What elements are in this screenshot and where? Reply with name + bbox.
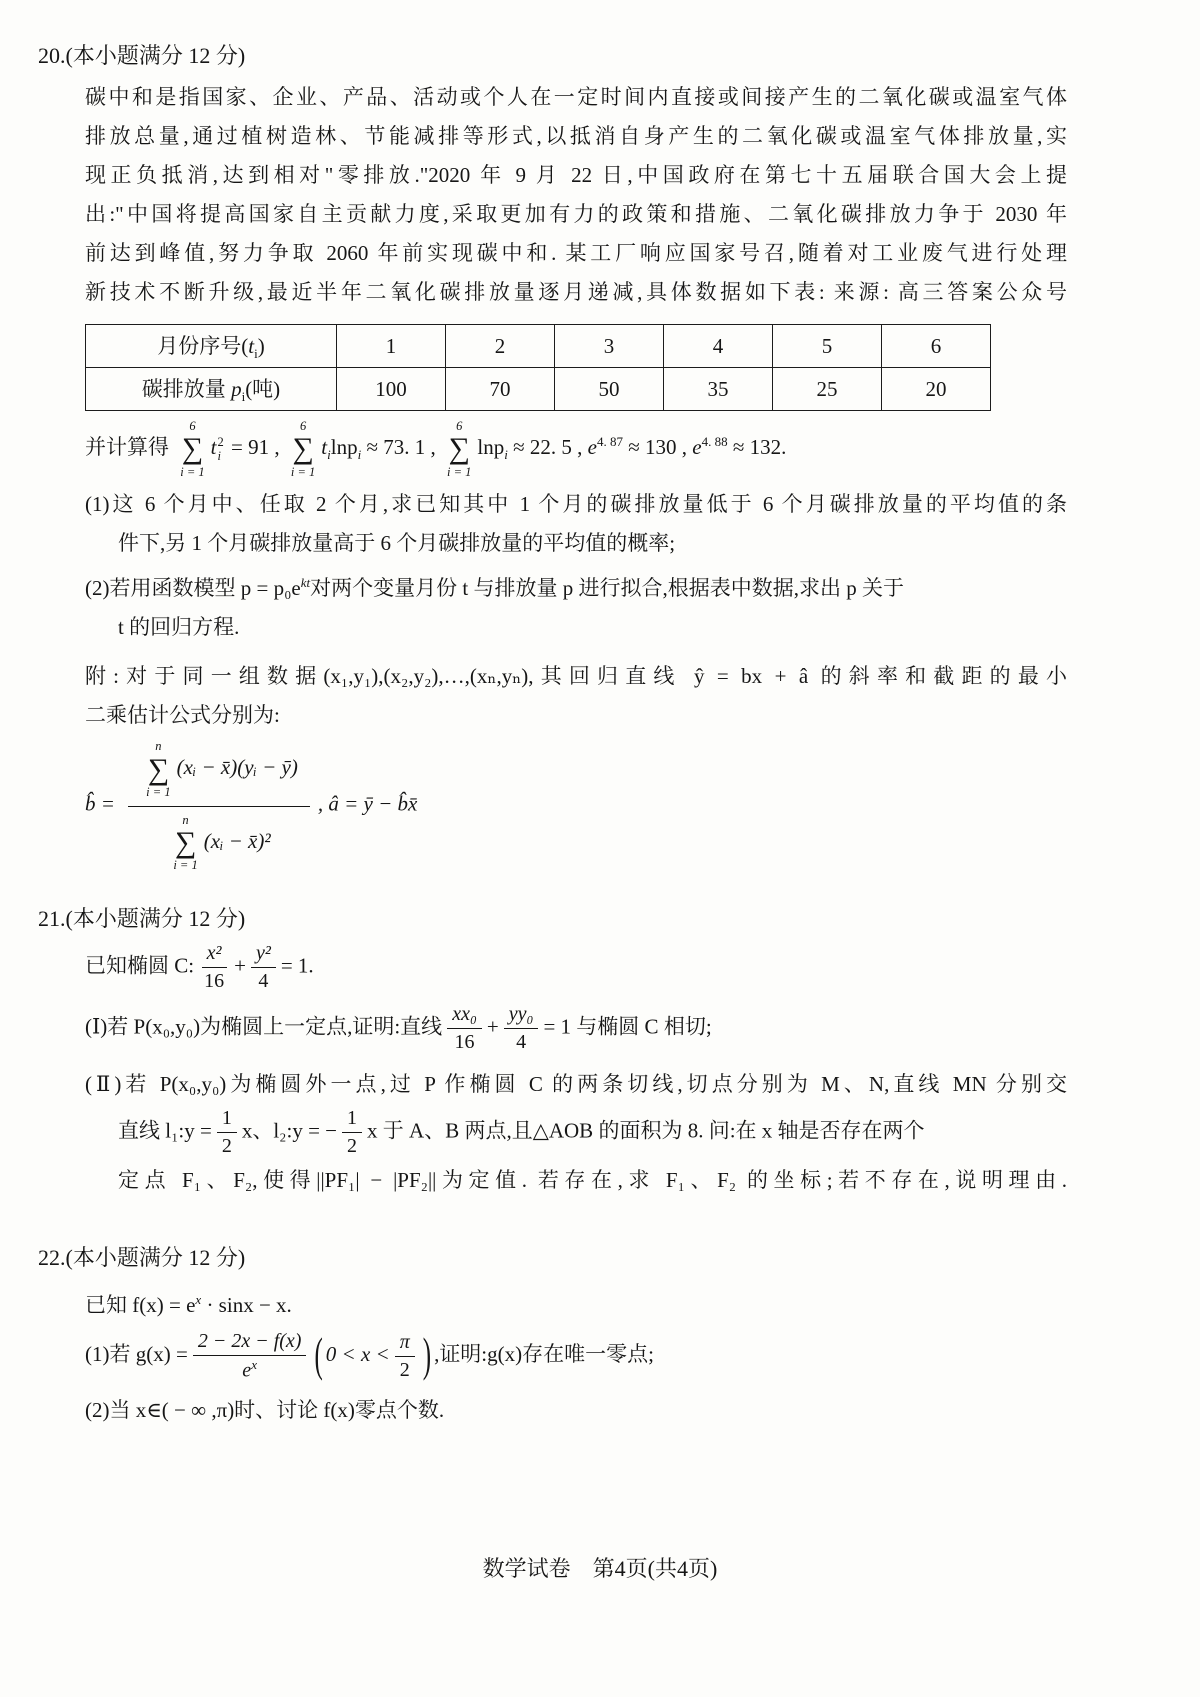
month-cell: 1 [337,325,446,368]
fraction: xx₀16 [447,1002,482,1055]
text-run: (吨) [245,377,280,401]
q22-number-line: 22.(本小题满分 12 分) [38,1242,1065,1274]
text-run: lnp [477,435,504,459]
emission-cell: 25 [773,368,882,411]
sigma-upper-limit: 6 [300,419,306,433]
q20-after-table: 并计算得 6∑i = 1t2i = 91 , 6∑i = 1tilnpi ≈ 7… [38,419,1065,873]
denominator: 4 [511,1029,531,1055]
q21-body: 已知椭圆 C:x²16+y²4= 1. (Ⅰ)若 P(x₀,y₀)为椭圆上一定点… [38,941,1065,1200]
denominator: 16 [199,968,229,994]
paragraph-line: 排放总量,通过植树造林、节能减排等形式,以抵消自身产生的二氧化碳或温室气体排放量… [85,117,1067,156]
question-20: 20.(本小题满分 12 分) 碳中和是指国家、企业、产品、活动或个人在一定时间… [38,40,1065,873]
numerator: xx₀ [447,1002,482,1029]
sigma-lower-limit: i = 1 [173,858,197,872]
fraction: yy₀4 [504,1002,539,1055]
sigma-icon: ∑ [449,433,470,465]
fraction: y²4 [251,941,276,994]
text-run: x 于 A、B 两点,且△AOB 的面积为 8. 问:在 x 轴是否存在两个 [367,1118,925,1142]
text-run: 并计算得 [85,435,174,459]
sigma-icon: ∑ [175,827,196,859]
emission-cell: 100 [337,368,446,411]
sup-sub-stack: 2i [218,435,224,464]
sigma-operator: 6∑i = 1 [447,419,471,479]
denominator: ex [237,1356,262,1384]
question-21: 21.(本小题满分 12 分) 已知椭圆 C:x²16+y²4= 1. (Ⅰ)若… [38,903,1065,1200]
text-run: lnp [331,435,358,459]
fraction: π2 [395,1330,415,1383]
sigma-operator: n∑i = 1 [173,813,197,873]
superscript-exponent: 4. 87 [597,434,623,449]
text-run: (Ⅰ)若 P(x₀,y₀)为椭圆上一定点,证明:直线 [85,1014,442,1038]
emission-cell: 20 [882,368,991,411]
numerator: 1 [217,1106,237,1133]
q20-note-line2: 二乘估计公式分别为: [85,696,1065,735]
q22-part2-line: (2)当 x∈( − ∞ ,π)时、讨论 f(x)零点个数. [85,1391,1065,1430]
variable-e: e [588,435,597,459]
text-run: ,证明:g(x)存在唯一零点; [434,1342,654,1366]
month-index-header-cell: 月份序号(ti) [86,325,337,368]
question-22: 22.(本小题满分 12 分) 已知 f(x) = ex · sinx − x.… [38,1242,1065,1431]
denominator: 2 [342,1133,362,1159]
sigma-lower-limit: i = 1 [291,465,315,479]
text-run: ≈ 130 , [623,435,692,459]
sigma-icon: ∑ [292,433,313,465]
sigma-operator: n∑i = 1 [146,739,170,799]
q20-part1-line2: 件下,另 1 个月碳排放量高于 6 个月碳排放量的平均值的概率; [118,524,1065,563]
q21-ellipse-equation-line: 已知椭圆 C:x²16+y²4= 1. [85,941,1065,994]
denominator-expression: (xᵢ − x̄)² [204,828,271,852]
numerator-expression: (xᵢ − x̄)(yᵢ − ȳ) [177,755,298,779]
q20-body: 碳中和是指国家、企业、产品、活动或个人在一定时间内直接或间接产生的二氧化碳或温室… [38,78,1065,312]
sigma-icon: ∑ [182,433,203,465]
variable-t: t [211,435,217,459]
paragraph-line: 前达到峰值,努力争取 2060 年前实现碳中和. 某工厂响应国家号召,随着对工业… [85,234,1067,273]
denominator: 2 [217,1133,237,1159]
sigma-operator: 6∑i = 1 [291,419,315,479]
text-run: 碳排放量 [142,377,231,401]
fraction: n∑i = 1(xᵢ − x̄)(yᵢ − ȳ)n∑i = 1(xᵢ − x̄)… [128,739,310,873]
left-paren-icon: ( [314,1319,322,1393]
q20-number-line: 20.(本小题满分 12 分) [38,40,1065,72]
sigma-operator: 6∑i = 1 [180,419,204,479]
q20-note-line1: 附:对于同一组数据(x₁,y₁),(x₂,y₂),…,(xₙ,yₙ),其回归直线… [85,657,1067,696]
text-run: 直线 l₁:y = [118,1118,212,1142]
month-cell: 3 [555,325,664,368]
numerator: π [395,1330,415,1357]
superscript-kt: kt [301,575,310,590]
text-run: ) [258,334,265,358]
text-run: 对两个变量月份 t 与排放量 p 进行拟合,根据表中数据,求出 p 关于 [310,576,904,600]
fraction: 2 − 2x − f(x)ex [193,1329,307,1384]
denominator: 2 [395,1357,415,1383]
sigma-lower-limit: i = 1 [146,785,170,799]
superscript-x: x [251,1357,257,1372]
sigma-upper-limit: 6 [456,419,462,433]
condition-text: 0 < x < [326,1342,390,1366]
text-run: ≈ 132. [728,435,787,459]
text-run: = 91 , [226,435,285,459]
emission-header-cell: 碳排放量 pi(吨) [86,368,337,411]
text-run: ≈ 22. 5 , [508,435,588,459]
numerator: 1 [342,1106,362,1133]
q22-function-definition-line: 已知 f(x) = ex · sinx − x. [85,1280,1065,1325]
paragraph-line: 新技术不断升级,最近半年二氧化碳排放量逐月递减,具体数据如下表: 来源: 高三答… [85,273,1067,312]
emission-cell: 50 [555,368,664,411]
text-run: (1)若 g(x) = [85,1342,188,1366]
q20-computed-sums-line: 并计算得 6∑i = 1t2i = 91 , 6∑i = 1tilnpi ≈ 7… [85,419,1065,479]
numerator: 2 − 2x − f(x) [193,1329,307,1356]
plus-sign: + [234,953,246,977]
text-run: ≈ 73. 1 , [361,435,441,459]
denominator: 16 [450,1029,480,1055]
sigma-upper-limit: 6 [189,419,195,433]
emission-cell: 70 [446,368,555,411]
sigma-lower-limit: i = 1 [447,465,471,479]
month-cell: 2 [446,325,555,368]
q20-paragraph: 碳中和是指国家、企业、产品、活动或个人在一定时间内直接或间接产生的二氧化碳或温室… [85,78,1065,312]
superscript-2: 2 [218,435,224,449]
subscript-i: i [218,449,221,463]
b-hat-lhs: b̂ = [85,792,120,816]
paragraph-line: 碳中和是指国家、企业、产品、活动或个人在一定时间内直接或间接产生的二氧化碳或温室… [85,78,1067,117]
emissions-table: 月份序号(ti) 1 2 3 4 5 6 碳排放量 pi(吨) 100 70 5… [85,324,991,411]
month-cell: 6 [882,325,991,368]
numerator: x² [202,941,227,968]
q20-part2-line1: (2)若用函数模型 p = p₀ekt对两个变量月份 t 与排放量 p 进行拟合… [85,563,1065,608]
q20-part2-line2: t 的回归方程. [118,608,1065,647]
exam-page: 20.(本小题满分 12 分) 碳中和是指国家、企业、产品、活动或个人在一定时间… [0,0,1200,1697]
fraction: 12 [342,1106,362,1159]
q20-part1-line1: (1)这 6 个月中、任取 2 个月,求已知其中 1 个月的碳排放量低于 6 个… [85,485,1067,524]
text-run: (2)若用函数模型 p = p₀e [85,576,301,600]
a-hat-formula: , â = ȳ − b̂x̄ [318,792,417,816]
text-run: 已知 f(x) = e [85,1293,195,1317]
q21-number-line: 21.(本小题满分 12 分) [38,903,1065,935]
right-paren-icon: ) [423,1319,431,1393]
q21-part1-line: (Ⅰ)若 P(x₀,y₀)为椭圆上一定点,证明:直线xx₀16+yy₀4= 1 … [85,1002,1065,1055]
table-row-months: 月份序号(ti) 1 2 3 4 5 6 [86,325,991,368]
sigma-upper-limit: n [182,813,188,827]
fraction: x²16 [199,941,229,994]
numerator: n∑i = 1(xᵢ − x̄)(yᵢ − ȳ) [128,739,310,806]
fraction: 12 [217,1106,237,1159]
text-run: = 1. [281,953,314,977]
sigma-icon: ∑ [148,754,169,786]
month-cell: 4 [664,325,773,368]
denominator: 4 [253,968,273,994]
variable-e: e [692,435,701,459]
paragraph-line: 现正负抵消,达到相对"零排放."2020 年 9 月 22 日,中国政府在第七十… [85,156,1067,195]
numerator: y² [251,941,276,968]
plus-sign: + [487,1014,499,1038]
q20-least-squares-formula: b̂ = n∑i = 1(xᵢ − x̄)(yᵢ − ȳ)n∑i = 1(xᵢ … [85,739,1065,873]
footer-page-number: 数学试卷 第4页(共4页) [0,1552,1200,1583]
month-cell: 5 [773,325,882,368]
text-run: 月份序号( [157,334,248,358]
text-run: x、l₂:y = − [242,1118,337,1142]
q22-part1-line: (1)若 g(x) =2 − 2x − f(x)ex(0 < x <π2),证明… [85,1329,1065,1384]
q22-body: 已知 f(x) = ex · sinx − x. (1)若 g(x) =2 − … [38,1280,1065,1431]
table-row-emissions: 碳排放量 pi(吨) 100 70 50 35 25 20 [86,368,991,411]
text-run: · sinx − x. [201,1293,292,1317]
paragraph-line: 出:"中国将提高国家自主贡献力度,采取更加有力的政策和措施、二氧化碳排放力争于 … [85,195,1067,234]
numerator: yy₀ [504,1002,539,1029]
text-run: 已知椭圆 C: [85,953,194,977]
q21-part2-line3: 定点 F₁、F₂,使得||PF₁| − |PF₂||为定值. 若存在,求 F₁、… [118,1161,1067,1200]
variable-e: e [242,1359,251,1381]
text-run: = 1 与椭圆 C 相切; [543,1014,711,1038]
q21-part2-line2: 直线 l₁:y =12x、l₂:y = −12x 于 A、B 两点,且△AOB … [118,1106,1065,1159]
q21-part2-line1: (Ⅱ)若 P(x₀,y₀)为椭圆外一点,过 P 作椭圆 C 的两条切线,切点分别… [85,1065,1067,1104]
emission-cell: 35 [664,368,773,411]
variable-p: p [231,377,242,401]
superscript-exponent: 4. 88 [702,434,728,449]
denominator: n∑i = 1(xᵢ − x̄)² [155,807,282,873]
sigma-upper-limit: n [155,739,161,753]
sigma-lower-limit: i = 1 [180,465,204,479]
